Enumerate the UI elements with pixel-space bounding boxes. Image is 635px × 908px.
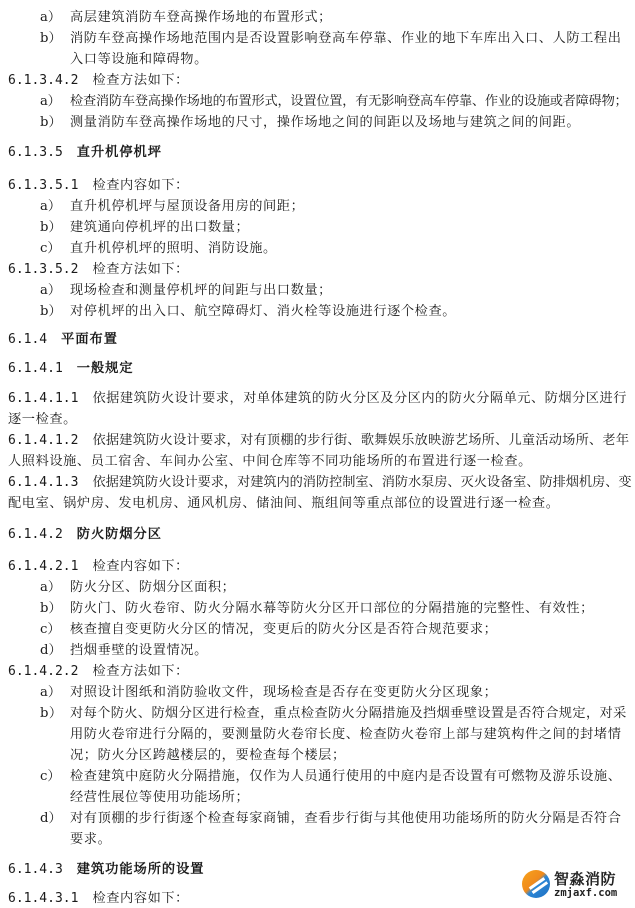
brand-logo-icon — [522, 870, 550, 898]
list-marker: b） — [40, 601, 70, 617]
list-item: a）现场检查和测量停机坪的间距与出口数量； — [40, 283, 332, 299]
continuation-line: 经营性展位等使用功能场所； — [70, 790, 249, 806]
list-item-text: 高层建筑消防车登高操作场地的布置形式； — [70, 10, 332, 25]
list-item-text: 现场检查和测量停机坪的间距与出口数量； — [70, 283, 332, 298]
clause-text: 检查内容如下： — [92, 891, 189, 906]
list-item: a）防火分区、防烟分区面积； — [40, 580, 235, 596]
list-item-text: 检查消防车登高操作场地的布置形式，设置位置，有无影响登高车停靠、作业的设施或者障… — [70, 94, 628, 109]
list-item-text: 防火分区、防烟分区面积； — [70, 580, 235, 595]
section-title: 平面布置 — [61, 332, 118, 347]
list-item: c）检查建筑中庭防火分隔措施，仅作为人员通行使用的中庭内是否设置有可燃物及游乐设… — [40, 769, 622, 785]
clause: 6.1.4.2.2检查方法如下： — [8, 664, 189, 680]
continuation-line: 入口等设施和障碍物。 — [70, 52, 208, 68]
list-item: a）高层建筑消防车登高操作场地的布置形式； — [40, 10, 332, 26]
list-marker: b） — [40, 115, 70, 131]
clause-number: 6.1.3.5.2 — [8, 262, 78, 277]
continuation-line: 况；防火分区跨越楼层的，要检查每个楼层； — [70, 748, 346, 764]
list-item-text: 消防车登高操作场地范围内是否设置影响登高车停靠、作业的地下车库出入口、人防工程出 — [70, 31, 622, 46]
continuation-line: 要求。 — [70, 832, 111, 848]
clause: 6.1.3.5.1检查内容如下： — [8, 178, 189, 194]
list-item: a）直升机停机坪与屋顶设备用房的间距； — [40, 199, 304, 215]
list-item-text: 直升机停机坪与屋顶设备用房的间距； — [70, 199, 304, 214]
section-number: 6.1.4.3 — [8, 862, 63, 877]
list-item: b）对停机坪的出入口、航空障碍灯、消火栓等设施进行逐个检查。 — [40, 304, 456, 320]
clause-number: 6.1.4.1.3 — [8, 475, 78, 490]
list-marker: d） — [40, 811, 70, 827]
list-item-text: 测量消防车登高操作场地的尺寸，操作场地之间的间距以及场地与建筑之间的间距。 — [70, 115, 580, 130]
clause-text: 依据建筑防火设计要求，对有顶棚的步行街、歌舞娱乐放映游艺场所、儿童活动场所、老年 — [92, 433, 629, 448]
list-item: c）核查擅自变更防火分区的情况，变更后的防火分区是否符合规范要求； — [40, 622, 497, 638]
list-marker: a） — [40, 10, 70, 26]
clause: 6.1.4.1.2依据建筑防火设计要求，对有顶棚的步行街、歌舞娱乐放映游艺场所、… — [8, 433, 629, 449]
clause-number: 6.1.4.2.2 — [8, 664, 78, 679]
list-marker: a） — [40, 685, 70, 701]
list-item: b）测量消防车登高操作场地的尺寸，操作场地之间的间距以及场地与建筑之间的间距。 — [40, 115, 580, 131]
list-item: b）建筑通向停机坪的出口数量； — [40, 220, 249, 236]
clause: 6.1.4.3.1检查内容如下： — [8, 891, 189, 907]
list-item-text: 对照设计图纸和消防验收文件，现场检查是否存在变更防火分区现象； — [70, 685, 497, 700]
list-marker: c） — [40, 769, 70, 785]
list-marker: c） — [40, 622, 70, 638]
section-heading: 6.1.4平面布置 — [8, 332, 118, 348]
list-marker: b） — [40, 31, 70, 47]
clause-text: 检查内容如下： — [92, 559, 189, 574]
list-marker: b） — [40, 220, 70, 236]
section-number: 6.1.4 — [8, 332, 47, 347]
list-item: a）对照设计图纸和消防验收文件，现场检查是否存在变更防火分区现象； — [40, 685, 497, 701]
list-item-text: 建筑通向停机坪的出口数量； — [70, 220, 249, 235]
continuation-line: 用防火卷帘进行分隔的，要测量防火卷帘长度、检查防火卷帘上部与建筑构件之间的封堵情 — [70, 727, 622, 743]
clause-number: 6.1.4.1.2 — [8, 433, 78, 448]
clause: 6.1.4.2.1检查内容如下： — [8, 559, 189, 575]
list-item-text: 核查擅自变更防火分区的情况，变更后的防火分区是否符合规范要求； — [70, 622, 497, 637]
list-item-text: 对有顶棚的步行街逐个检查每家商铺，查看步行街与其他使用功能场所的防火分隔是否符合 — [70, 811, 622, 826]
clause-text: 检查方法如下： — [92, 73, 189, 88]
list-item: b）对每个防火、防烟分区进行检查，重点检查防火分隔措施及挡烟垂壁设置是否符合规定… — [40, 706, 627, 722]
list-item-text: 对停机坪的出入口、航空障碍灯、消火栓等设施进行逐个检查。 — [70, 304, 456, 319]
list-marker: b） — [40, 706, 70, 722]
list-marker: a） — [40, 580, 70, 596]
section-heading: 6.1.4.3建筑功能场所的设置 — [8, 862, 204, 878]
clause: 6.1.4.1.3依据建筑防火设计要求，对建筑内的消防控制室、消防水泵房、灭火设… — [8, 475, 632, 491]
list-item: b）消防车登高操作场地范围内是否设置影响登高车停靠、作业的地下车库出入口、人防工… — [40, 31, 622, 47]
clause-number: 6.1.4.1.1 — [8, 391, 78, 406]
clause-text: 依据建筑防火设计要求，对单体建筑的防火分区及分区内的防火分隔单元、防烟分区进行 — [92, 391, 626, 406]
section-heading: 6.1.4.1一般规定 — [8, 361, 134, 377]
continuation-line: 逐一检查。 — [8, 412, 77, 428]
clause: 6.1.4.1.1依据建筑防火设计要求，对单体建筑的防火分区及分区内的防火分隔单… — [8, 391, 627, 407]
watermark-title: 智淼消防 — [554, 868, 616, 889]
clause: 6.1.3.4.2检查方法如下： — [8, 73, 189, 89]
list-marker: a） — [40, 199, 70, 215]
section-number: 6.1.3.5 — [8, 145, 63, 160]
section-heading: 6.1.3.5直升机停机坪 — [8, 145, 162, 161]
section-title: 防火防烟分区 — [77, 527, 162, 542]
list-marker: a） — [40, 94, 70, 110]
list-item: b）防火门、防火卷帘、防火分隔水幕等防火分区开口部位的分隔措施的完整性、有效性； — [40, 601, 594, 617]
list-item-text: 防火门、防火卷帘、防火分隔水幕等防火分区开口部位的分隔措施的完整性、有效性； — [70, 601, 594, 616]
clause-text: 检查内容如下： — [92, 178, 189, 193]
list-marker: a） — [40, 283, 70, 299]
clause-number: 6.1.4.2.1 — [8, 559, 78, 574]
section-number: 6.1.4.2 — [8, 527, 63, 542]
list-marker: d） — [40, 643, 70, 659]
clause-number: 6.1.3.4.2 — [8, 73, 78, 88]
clause: 6.1.3.5.2检查方法如下： — [8, 262, 189, 278]
list-item-text: 对每个防火、防烟分区进行检查，重点检查防火分隔措施及挡烟垂壁设置是否符合规定，对… — [70, 706, 627, 721]
list-item: d）对有顶棚的步行街逐个检查每家商铺，查看步行街与其他使用功能场所的防火分隔是否… — [40, 811, 622, 827]
clause-number: 6.1.4.3.1 — [8, 891, 78, 906]
continuation-line: 人照料设施、员工宿舍、车间办公室、中间仓库等不同功能场所的布置进行逐一检查。 — [8, 454, 532, 470]
continuation-line: 配电室、锅炉房、发电机房、通风机房、储油间、瓶组间等重点部位的设置进行逐一检查。 — [8, 496, 560, 512]
clause-text: 检查方法如下： — [92, 664, 189, 679]
list-item: c）直升机停机坪的照明、消防设施。 — [40, 241, 277, 257]
list-marker: b） — [40, 304, 70, 320]
clause-text: 依据建筑防火设计要求，对建筑内的消防控制室、消防水泵房、灭火设备室、防排烟机房、… — [92, 475, 631, 490]
section-title: 直升机停机坪 — [77, 145, 162, 160]
section-title: 建筑功能场所的设置 — [77, 862, 205, 877]
clause-number: 6.1.3.5.1 — [8, 178, 78, 193]
section-title: 一般规定 — [77, 361, 134, 376]
list-marker: c） — [40, 241, 70, 257]
list-item: d）挡烟垂壁的设置情况。 — [40, 643, 208, 659]
watermark: 智淼消防 zmjaxf.com — [522, 868, 632, 904]
list-item-text: 挡烟垂壁的设置情况。 — [70, 643, 208, 658]
list-item-text: 直升机停机坪的照明、消防设施。 — [70, 241, 277, 256]
section-number: 6.1.4.1 — [8, 361, 63, 376]
clause-text: 检查方法如下： — [92, 262, 189, 277]
section-heading: 6.1.4.2防火防烟分区 — [8, 527, 162, 543]
watermark-url: zmjaxf.com — [554, 887, 617, 899]
list-item-text: 检查建筑中庭防火分隔措施，仅作为人员通行使用的中庭内是否设置有可燃物及游乐设施、 — [70, 769, 622, 784]
list-item: a）检查消防车登高操作场地的布置形式，设置位置，有无影响登高车停靠、作业的设施或… — [40, 94, 628, 110]
